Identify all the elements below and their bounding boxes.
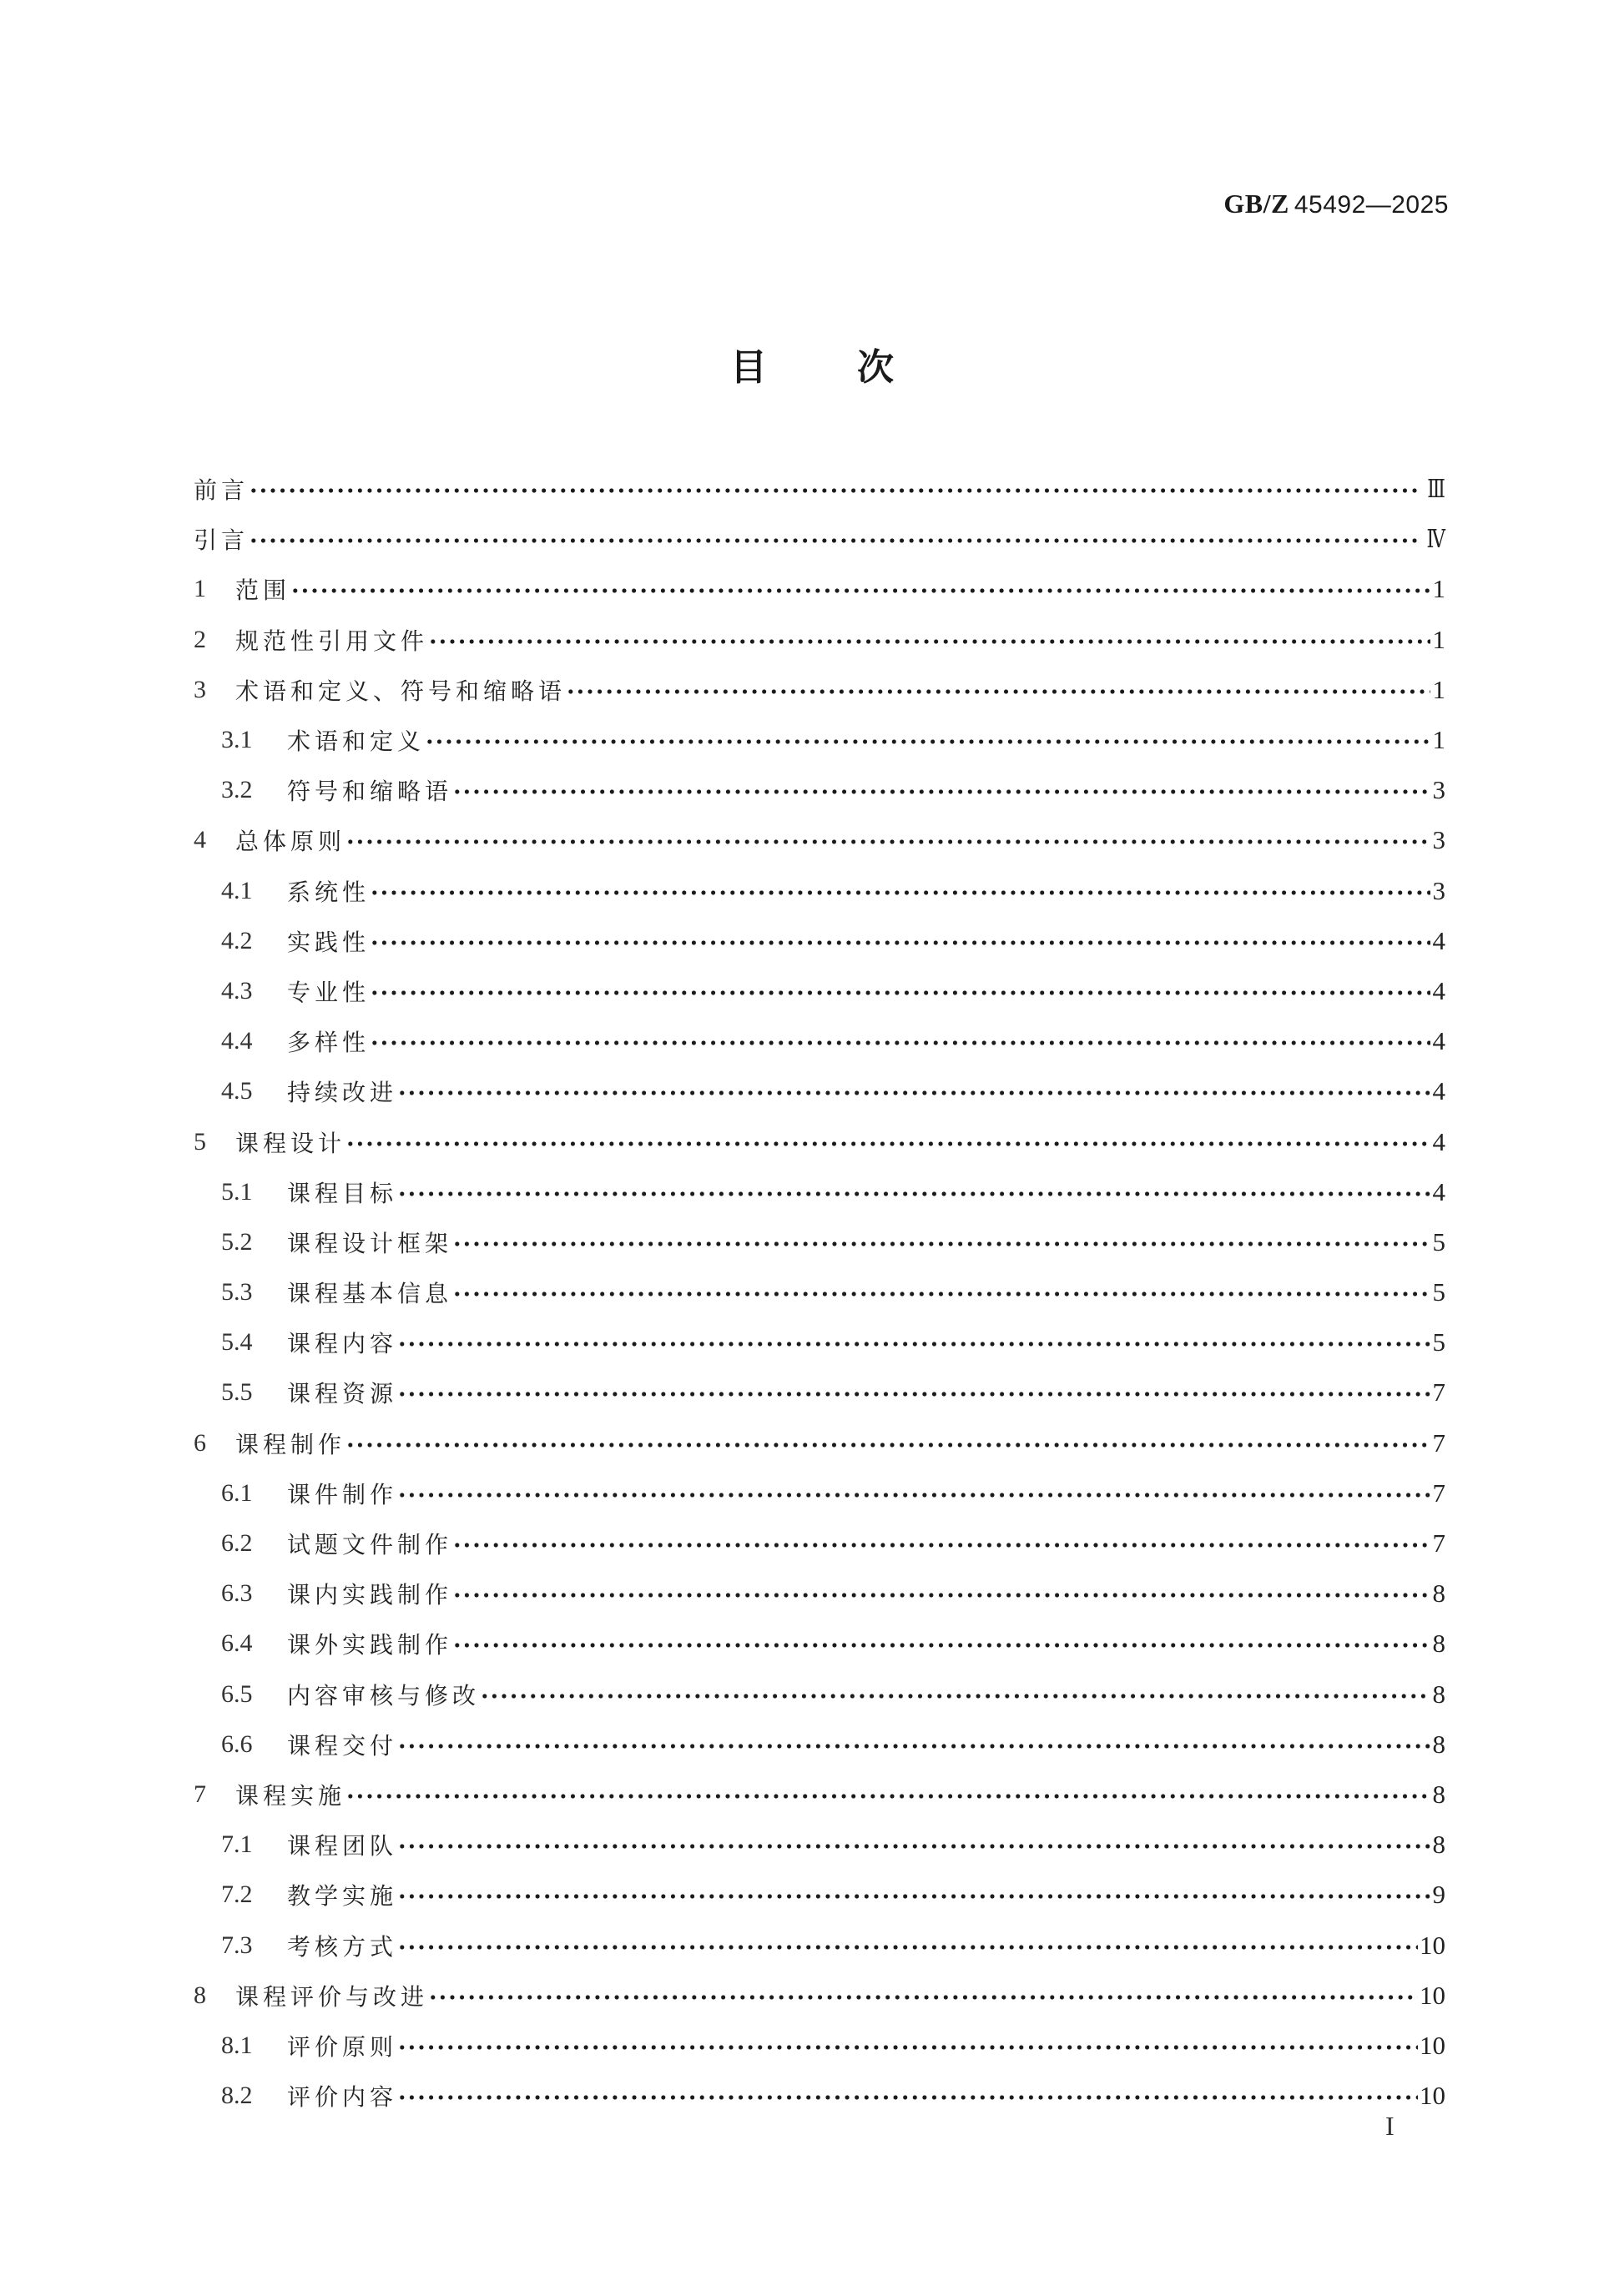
- title-char-1: 目: [730, 337, 767, 390]
- dot-leader: [397, 1090, 1430, 1095]
- standard-prefix: GB/Z: [1223, 189, 1289, 219]
- toc-entry-number: 7.1: [221, 1830, 287, 1859]
- toc-entry-label: 课程资源: [287, 1376, 397, 1409]
- table-of-contents: 前言Ⅲ 引言Ⅳ 1范围1 2规范性引用文件1 3术语和定义、符号和缩略语1 3.…: [194, 464, 1445, 2121]
- toc-entry-page: 4: [1432, 1177, 1445, 1207]
- toc-entry-number: 4.3: [221, 977, 287, 1005]
- toc-subentry[interactable]: 4.3专业性4: [194, 966, 1445, 1016]
- toc-entry-page: 5: [1432, 1327, 1445, 1357]
- toc-entry-number: 1: [194, 575, 235, 603]
- toc-entry-number: 6.4: [221, 1629, 287, 1658]
- toc-entry-page: 4: [1432, 976, 1445, 1006]
- dot-leader: [452, 789, 1430, 794]
- toc-entry-page: 8: [1432, 1730, 1445, 1760]
- toc-entry-number: 8.1: [221, 2032, 287, 2060]
- toc-entry-label: 评价内容: [287, 2079, 397, 2112]
- toc-entry-label: 规范性引用文件: [235, 623, 428, 657]
- toc-entry-number: 4.2: [221, 927, 287, 955]
- toc-entry[interactable]: 4总体原则3: [194, 815, 1445, 865]
- toc-entry-page: 8: [1432, 1578, 1445, 1609]
- toc-entry-number: 7.3: [221, 1931, 287, 1960]
- dot-leader: [452, 1291, 1430, 1297]
- dot-leader: [425, 739, 1430, 744]
- toc-entry-page: 1: [1432, 625, 1445, 655]
- toc-entry-number: 7: [194, 1780, 235, 1809]
- toc-subentry[interactable]: 6.4课外实践制作8: [194, 1619, 1445, 1669]
- toc-entry-page: 8: [1432, 1629, 1445, 1659]
- toc-entry-label: 术语和定义、符号和缩略语: [235, 673, 566, 707]
- toc-entry-label: 课程设计: [235, 1125, 345, 1159]
- toc-subentry[interactable]: 4.2实践性4: [194, 916, 1445, 966]
- toc-subentry[interactable]: 5.3课程基本信息5: [194, 1267, 1445, 1317]
- toc-entry-number: 5.3: [221, 1278, 287, 1307]
- toc-subentry[interactable]: 6.2试题文件制作7: [194, 1518, 1445, 1568]
- toc-subentry[interactable]: 4.4多样性4: [194, 1016, 1445, 1066]
- toc-entry-number: 8.2: [221, 2082, 287, 2110]
- toc-entry-label: 课内实践制作: [287, 1577, 452, 1610]
- dot-leader: [397, 1191, 1430, 1196]
- toc-entry-number: 6.6: [221, 1730, 287, 1759]
- toc-entry-page: 5: [1432, 1277, 1445, 1307]
- toc-entry-number: 3.2: [221, 776, 287, 804]
- toc-entry-page: 10: [1420, 1981, 1445, 2011]
- toc-subentry[interactable]: 7.1课程团队8: [194, 1820, 1445, 1870]
- dot-leader: [452, 1543, 1430, 1548]
- toc-entry-page: 3: [1432, 876, 1445, 906]
- toc-entry-label: 内容审核与修改: [287, 1678, 480, 1711]
- toc-entry-label: 术语和定义: [287, 723, 425, 757]
- toc-subentry[interactable]: 5.4课程内容5: [194, 1317, 1445, 1367]
- toc-entry-page: 5: [1432, 1227, 1445, 1257]
- dot-leader: [397, 1894, 1430, 1899]
- toc-entry[interactable]: 1范围1: [194, 564, 1445, 614]
- dot-leader: [345, 1794, 1430, 1799]
- toc-entry-label: 评价原则: [287, 2029, 397, 2062]
- dot-leader: [397, 2045, 1418, 2050]
- toc-entry-number: 8: [194, 1981, 235, 2010]
- page-title: 目次: [0, 337, 1624, 390]
- toc-entry-page: 10: [1420, 2031, 1445, 2061]
- toc-entry-label: 课程交付: [287, 1728, 397, 1761]
- dot-leader: [428, 639, 1430, 644]
- toc-entry-number: 2: [194, 626, 235, 654]
- toc-entry-number: 4.5: [221, 1077, 287, 1105]
- toc-subentry[interactable]: 7.3考核方式10: [194, 1920, 1445, 1970]
- toc-entry-page: 7: [1432, 1528, 1445, 1558]
- toc-entry-label: 考核方式: [287, 1929, 397, 1962]
- dot-leader: [397, 1342, 1430, 1347]
- dot-leader: [397, 1844, 1430, 1849]
- toc-entry-page: 1: [1432, 725, 1445, 755]
- standard-number: 45492—2025: [1294, 191, 1449, 219]
- dot-leader: [345, 1141, 1430, 1146]
- dot-leader: [566, 689, 1430, 694]
- toc-subentry[interactable]: 6.5内容审核与修改8: [194, 1669, 1445, 1719]
- dot-leader: [249, 488, 1420, 493]
- toc-entry-introduction[interactable]: 引言Ⅳ: [194, 514, 1445, 564]
- dot-leader: [345, 1443, 1430, 1448]
- toc-entry-number: 4: [194, 826, 235, 854]
- dot-leader: [397, 1744, 1430, 1749]
- toc-entry-number: 5: [194, 1128, 235, 1156]
- document-code: GB/Z45492—2025: [1223, 189, 1449, 219]
- dot-leader: [370, 1040, 1430, 1045]
- toc-entry-label: 系统性: [287, 874, 370, 908]
- toc-subentry[interactable]: 4.5持续改进4: [194, 1066, 1445, 1116]
- toc-entry-page: 1: [1432, 574, 1445, 604]
- toc-entry-page: 8: [1432, 1780, 1445, 1810]
- toc-subentry[interactable]: 5.2课程设计框架5: [194, 1217, 1445, 1267]
- toc-entry-label: 持续改进: [287, 1075, 397, 1108]
- toc-entry-label: 范围: [235, 572, 290, 606]
- toc-entry-page: 10: [1420, 1931, 1445, 1961]
- toc-entry-number: 4.4: [221, 1027, 287, 1055]
- toc-entry-foreword[interactable]: 前言Ⅲ: [194, 464, 1445, 514]
- dot-leader: [370, 890, 1430, 895]
- dot-leader: [397, 1493, 1430, 1498]
- dot-leader: [370, 940, 1430, 945]
- toc-entry-number: 6: [194, 1429, 235, 1458]
- toc-subentry[interactable]: 6.3课内实践制作8: [194, 1568, 1445, 1619]
- toc-entry[interactable]: 7课程实施8: [194, 1770, 1445, 1820]
- toc-entry[interactable]: 3术语和定义、符号和缩略语1: [194, 665, 1445, 715]
- toc-entry-page: 9: [1432, 1880, 1445, 1910]
- dot-leader: [397, 2095, 1418, 2100]
- toc-entry-label: 实践性: [287, 924, 370, 958]
- toc-entry-number: 5.1: [221, 1178, 287, 1206]
- toc-entry-page: 4: [1432, 1026, 1445, 1056]
- toc-subentry[interactable]: 6.6课程交付8: [194, 1719, 1445, 1770]
- toc-entry-number: 4.1: [221, 877, 287, 905]
- toc-entry-number: 6.1: [221, 1479, 287, 1508]
- toc-subentry[interactable]: 3.2符号和缩略语3: [194, 765, 1445, 815]
- toc-entry-label: 课程基本信息: [287, 1276, 452, 1309]
- toc-entry-number: 3.1: [221, 726, 287, 754]
- toc-subentry[interactable]: 6.1课件制作7: [194, 1468, 1445, 1518]
- toc-entry-page: 3: [1432, 825, 1445, 855]
- dot-leader: [370, 990, 1430, 995]
- toc-subentry[interactable]: 5.5课程资源7: [194, 1367, 1445, 1417]
- toc-subentry[interactable]: 8.2评价内容10: [194, 2071, 1445, 2121]
- dot-leader: [428, 1995, 1418, 2000]
- toc-entry-label: 专业性: [287, 974, 370, 1008]
- toc-entry[interactable]: 5课程设计4: [194, 1116, 1445, 1166]
- toc-entry-label: 前言: [194, 472, 249, 506]
- toc-entry-page: 4: [1432, 1076, 1445, 1106]
- toc-entry[interactable]: 2规范性引用文件1: [194, 615, 1445, 665]
- toc-entry-page: 3: [1432, 775, 1445, 805]
- dot-leader: [452, 1593, 1430, 1598]
- toc-entry-number: 5.4: [221, 1328, 287, 1357]
- dot-leader: [452, 1643, 1430, 1648]
- toc-entry-page: 4: [1432, 1127, 1445, 1157]
- toc-entry-label: 总体原则: [235, 823, 345, 857]
- dot-leader: [290, 588, 1430, 593]
- toc-entry-label: 课程目标: [287, 1176, 397, 1209]
- dot-leader: [480, 1694, 1430, 1699]
- toc-entry-page: 8: [1432, 1679, 1445, 1709]
- toc-subentry[interactable]: 3.1术语和定义1: [194, 715, 1445, 765]
- toc-entry-label: 教学实施: [287, 1878, 397, 1911]
- dot-leader: [397, 1945, 1418, 1950]
- toc-subentry[interactable]: 8.1评价原则10: [194, 2021, 1445, 2071]
- toc-entry-page: 8: [1432, 1830, 1445, 1860]
- toc-entry-label: 课件制作: [287, 1477, 397, 1510]
- toc-entry[interactable]: 8课程评价与改进10: [194, 1971, 1445, 2021]
- toc-entry-label: 课程内容: [287, 1326, 397, 1359]
- dot-leader: [345, 839, 1430, 844]
- toc-entry-label: 课程设计框架: [287, 1226, 452, 1259]
- dot-leader: [397, 1392, 1430, 1397]
- toc-entry-label: 多样性: [287, 1025, 370, 1058]
- toc-entry-number: 7.2: [221, 1881, 287, 1909]
- toc-entry-page: 7: [1432, 1478, 1445, 1508]
- toc-entry-page: 1: [1432, 675, 1445, 705]
- toc-entry-label: 课程评价与改进: [235, 1979, 428, 2012]
- toc-entry-label: 课程实施: [235, 1778, 345, 1811]
- toc-subentry[interactable]: 4.1系统性3: [194, 866, 1445, 916]
- page-number: I: [1385, 2111, 1395, 2142]
- dot-leader: [452, 1241, 1430, 1246]
- toc-entry-page: 7: [1432, 1428, 1445, 1458]
- dot-leader: [249, 538, 1419, 543]
- toc-subentry[interactable]: 5.1课程目标4: [194, 1167, 1445, 1217]
- toc-entry-number: 3: [194, 676, 235, 704]
- toc-entry-label: 试题文件制作: [287, 1527, 452, 1560]
- toc-entry-page: 7: [1432, 1377, 1445, 1407]
- toc-entry-label: 课程制作: [235, 1427, 345, 1460]
- toc-entry-page: Ⅲ: [1427, 475, 1445, 504]
- toc-entry-number: 6.2: [221, 1529, 287, 1558]
- toc-entry-page: 10: [1420, 2081, 1445, 2111]
- toc-entry-number: 5.5: [221, 1378, 287, 1407]
- toc-entry-number: 6.3: [221, 1579, 287, 1608]
- toc-entry-label: 课程团队: [287, 1828, 397, 1861]
- toc-entry[interactable]: 6课程制作7: [194, 1418, 1445, 1468]
- toc-entry-number: 6.5: [221, 1680, 287, 1709]
- toc-entry-page: Ⅳ: [1427, 525, 1445, 554]
- toc-entry-label: 课外实践制作: [287, 1627, 452, 1660]
- toc-subentry[interactable]: 7.2教学实施9: [194, 1870, 1445, 1920]
- toc-entry-number: 5.2: [221, 1228, 287, 1256]
- title-char-2: 次: [857, 337, 894, 390]
- toc-entry-page: 4: [1432, 926, 1445, 956]
- toc-entry-label: 引言: [194, 522, 249, 556]
- toc-entry-label: 符号和缩略语: [287, 773, 452, 807]
